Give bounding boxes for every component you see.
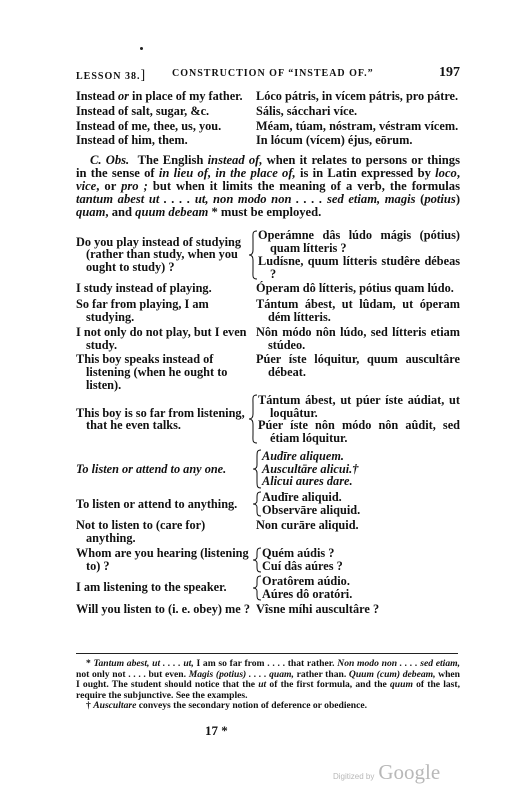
english-phrase: To listen or attend to any one.: [76, 463, 252, 476]
latin-translations: Oratôrem aúdio. Aúres dô oratóri.: [262, 575, 460, 601]
latin-sentence: Tántum ábest, ut lûdam, ut óperam dém lí…: [256, 298, 460, 324]
latin-phrase: Méam, túam, nóstram, véstram vícem.: [256, 120, 460, 133]
english-sentence: So far from playing, I am studying.: [76, 298, 256, 324]
english-sentence: I am listening to the speaker.: [76, 581, 252, 594]
english-phrase: Instead of me, thee, us, you.: [76, 120, 256, 133]
example-row: To listen or attend to any one. Audīre a…: [76, 449, 460, 489]
english-sentence: Will you listen to (i. e. obey) me ?: [76, 603, 256, 616]
example-row: Not to listen to (care for) anything. No…: [76, 519, 460, 545]
header-title: CONSTRUCTION OF “INSTEAD OF.”: [172, 68, 374, 79]
example-row: To listen or attend to anything. Audīre …: [76, 491, 460, 517]
latin-sentence: Quém aúdis ?: [262, 547, 460, 560]
latin-sentence: Púer íste nôn módo nôn aûdit, sed étiam …: [258, 419, 460, 445]
example-row: Whom are you hearing (listening to) ? Qu…: [76, 547, 460, 573]
latin-translations: Audīre aliquem. Auscultāre alicui.† Alic…: [262, 450, 460, 488]
latin-phrase: Lóco pátris, in vícem pátris, pro pátre.: [256, 90, 460, 103]
latin-translations: Quém aúdis ? Cuí dâs aúres ?: [262, 547, 460, 573]
english-sentence: This boy is so far from listening, that …: [76, 407, 248, 433]
vocab-row: Instead of salt, sugar, &c. Sális, sácch…: [76, 105, 460, 118]
latin-sentence: Aúres dô oratóri.: [262, 588, 460, 601]
latin-sentence: Vîsne míhi auscultâre ?: [256, 603, 460, 616]
latin-sentence: Óperam dô lítteris, pótius quam lúdo.: [256, 282, 460, 295]
latin-sentence: Cuí dâs aúres ?: [262, 560, 460, 573]
footnote-rule: [76, 653, 458, 654]
book-page: LESSON 38.] CONSTRUCTION OF “INSTEAD OF.…: [0, 0, 514, 801]
page-number: 197: [439, 65, 460, 81]
example-row: Will you listen to (i. e. obey) me ? Vîs…: [76, 603, 460, 616]
footnote-dagger: † Auscultare conveys the secondary notio…: [76, 701, 460, 712]
vocab-row: Instead or in place of my father. Lóco p…: [76, 90, 460, 103]
english-phrase: Instead of him, them.: [76, 134, 256, 147]
curly-brace-icon: [248, 394, 258, 444]
example-row: I am listening to the speaker. Oratôrem …: [76, 575, 460, 601]
english-sentence: I not only do not play, but I even study…: [76, 326, 256, 352]
example-row: So far from playing, I am studying. Tánt…: [76, 298, 460, 324]
english-sentence: Do you play instead of studying (rather …: [76, 236, 248, 274]
english-phrase: Instead of salt, sugar, &c.: [76, 105, 256, 118]
latin-translations: Tántum ábest, ut púer íste aúdiat, ut lo…: [258, 394, 460, 445]
latin-sentence: Operámne dâs lúdo mágis (pótius) quam lí…: [258, 229, 460, 255]
vocab-row: Instead of him, them. In lócum (vícem) é…: [76, 134, 460, 147]
page-body: Instead or in place of my father. Lóco p…: [76, 90, 460, 617]
english-sentence: This boy speaks instead of listening (wh…: [76, 353, 256, 391]
curly-brace-icon: [252, 449, 262, 489]
footnote-star: * Tantum abest, ut . . . . ut, I am so f…: [76, 659, 460, 701]
example-row: This boy is so far from listening, that …: [76, 394, 460, 445]
example-row: Do you play instead of studying (rather …: [76, 229, 460, 280]
latin-phrase: In lócum (vícem) éjus, eōrum.: [256, 134, 460, 147]
running-header: LESSON 38.] CONSTRUCTION OF “INSTEAD OF.…: [76, 65, 460, 81]
page-speck: [140, 47, 143, 50]
curly-brace-icon: [248, 230, 258, 280]
latin-sentence: Nôn módo nôn lúdo, sed lítteris etiam st…: [256, 326, 460, 352]
example-row: I not only do not play, but I even study…: [76, 326, 460, 352]
google-watermark: Digitized by Google: [333, 760, 440, 785]
latin-phrase: Observāre aliquid.: [262, 504, 460, 517]
english-phrase: Not to listen to (care for) anything.: [76, 519, 256, 545]
example-row: I study instead of playing. Óperam dô lí…: [76, 282, 460, 295]
english-phrase: Instead or in place of my father.: [76, 90, 256, 103]
latin-sentence: Oratôrem aúdio.: [262, 575, 460, 588]
footnotes: * Tantum abest, ut . . . . ut, I am so f…: [76, 659, 460, 712]
latin-translations: Operámne dâs lúdo mágis (pótius) quam lí…: [258, 229, 460, 280]
observation-paragraph: C. Obs. The English instead of, when it …: [76, 154, 460, 219]
latin-phrase: Sális, sácchari více.: [256, 105, 460, 118]
latin-phrase: Alicui aures dare.: [262, 475, 460, 488]
english-sentence: I study instead of playing.: [76, 282, 256, 295]
english-phrase: To listen or attend to anything.: [76, 498, 252, 511]
curly-brace-icon: [252, 547, 262, 573]
latin-phrase: Audīre aliquem.: [262, 450, 460, 463]
signature-mark: 17 *: [205, 723, 228, 739]
curly-brace-icon: [252, 575, 262, 601]
english-sentence: Whom are you hearing (listening to) ?: [76, 547, 252, 573]
watermark-logo: Google: [378, 760, 440, 784]
obs-label: C. Obs.: [90, 153, 129, 167]
latin-translations: Audīre aliquid. Observāre aliquid.: [262, 491, 460, 517]
vocab-row: Instead of me, thee, us, you. Méam, túam…: [76, 120, 460, 133]
example-row: This boy speaks instead of listening (wh…: [76, 353, 460, 391]
lesson-label: LESSON 38.]: [76, 68, 146, 84]
latin-sentence: Ludísne, quum lítteris studêre débeas ?: [258, 255, 460, 281]
latin-sentence: Tántum ábest, ut púer íste aúdiat, ut lo…: [258, 394, 460, 420]
watermark-small: Digitized by: [333, 772, 374, 781]
latin-sentence: Púer íste lóquitur, quum auscultâre débe…: [256, 353, 460, 391]
latin-phrase: Non curāre aliquid.: [256, 519, 460, 545]
curly-brace-icon: [252, 491, 262, 517]
